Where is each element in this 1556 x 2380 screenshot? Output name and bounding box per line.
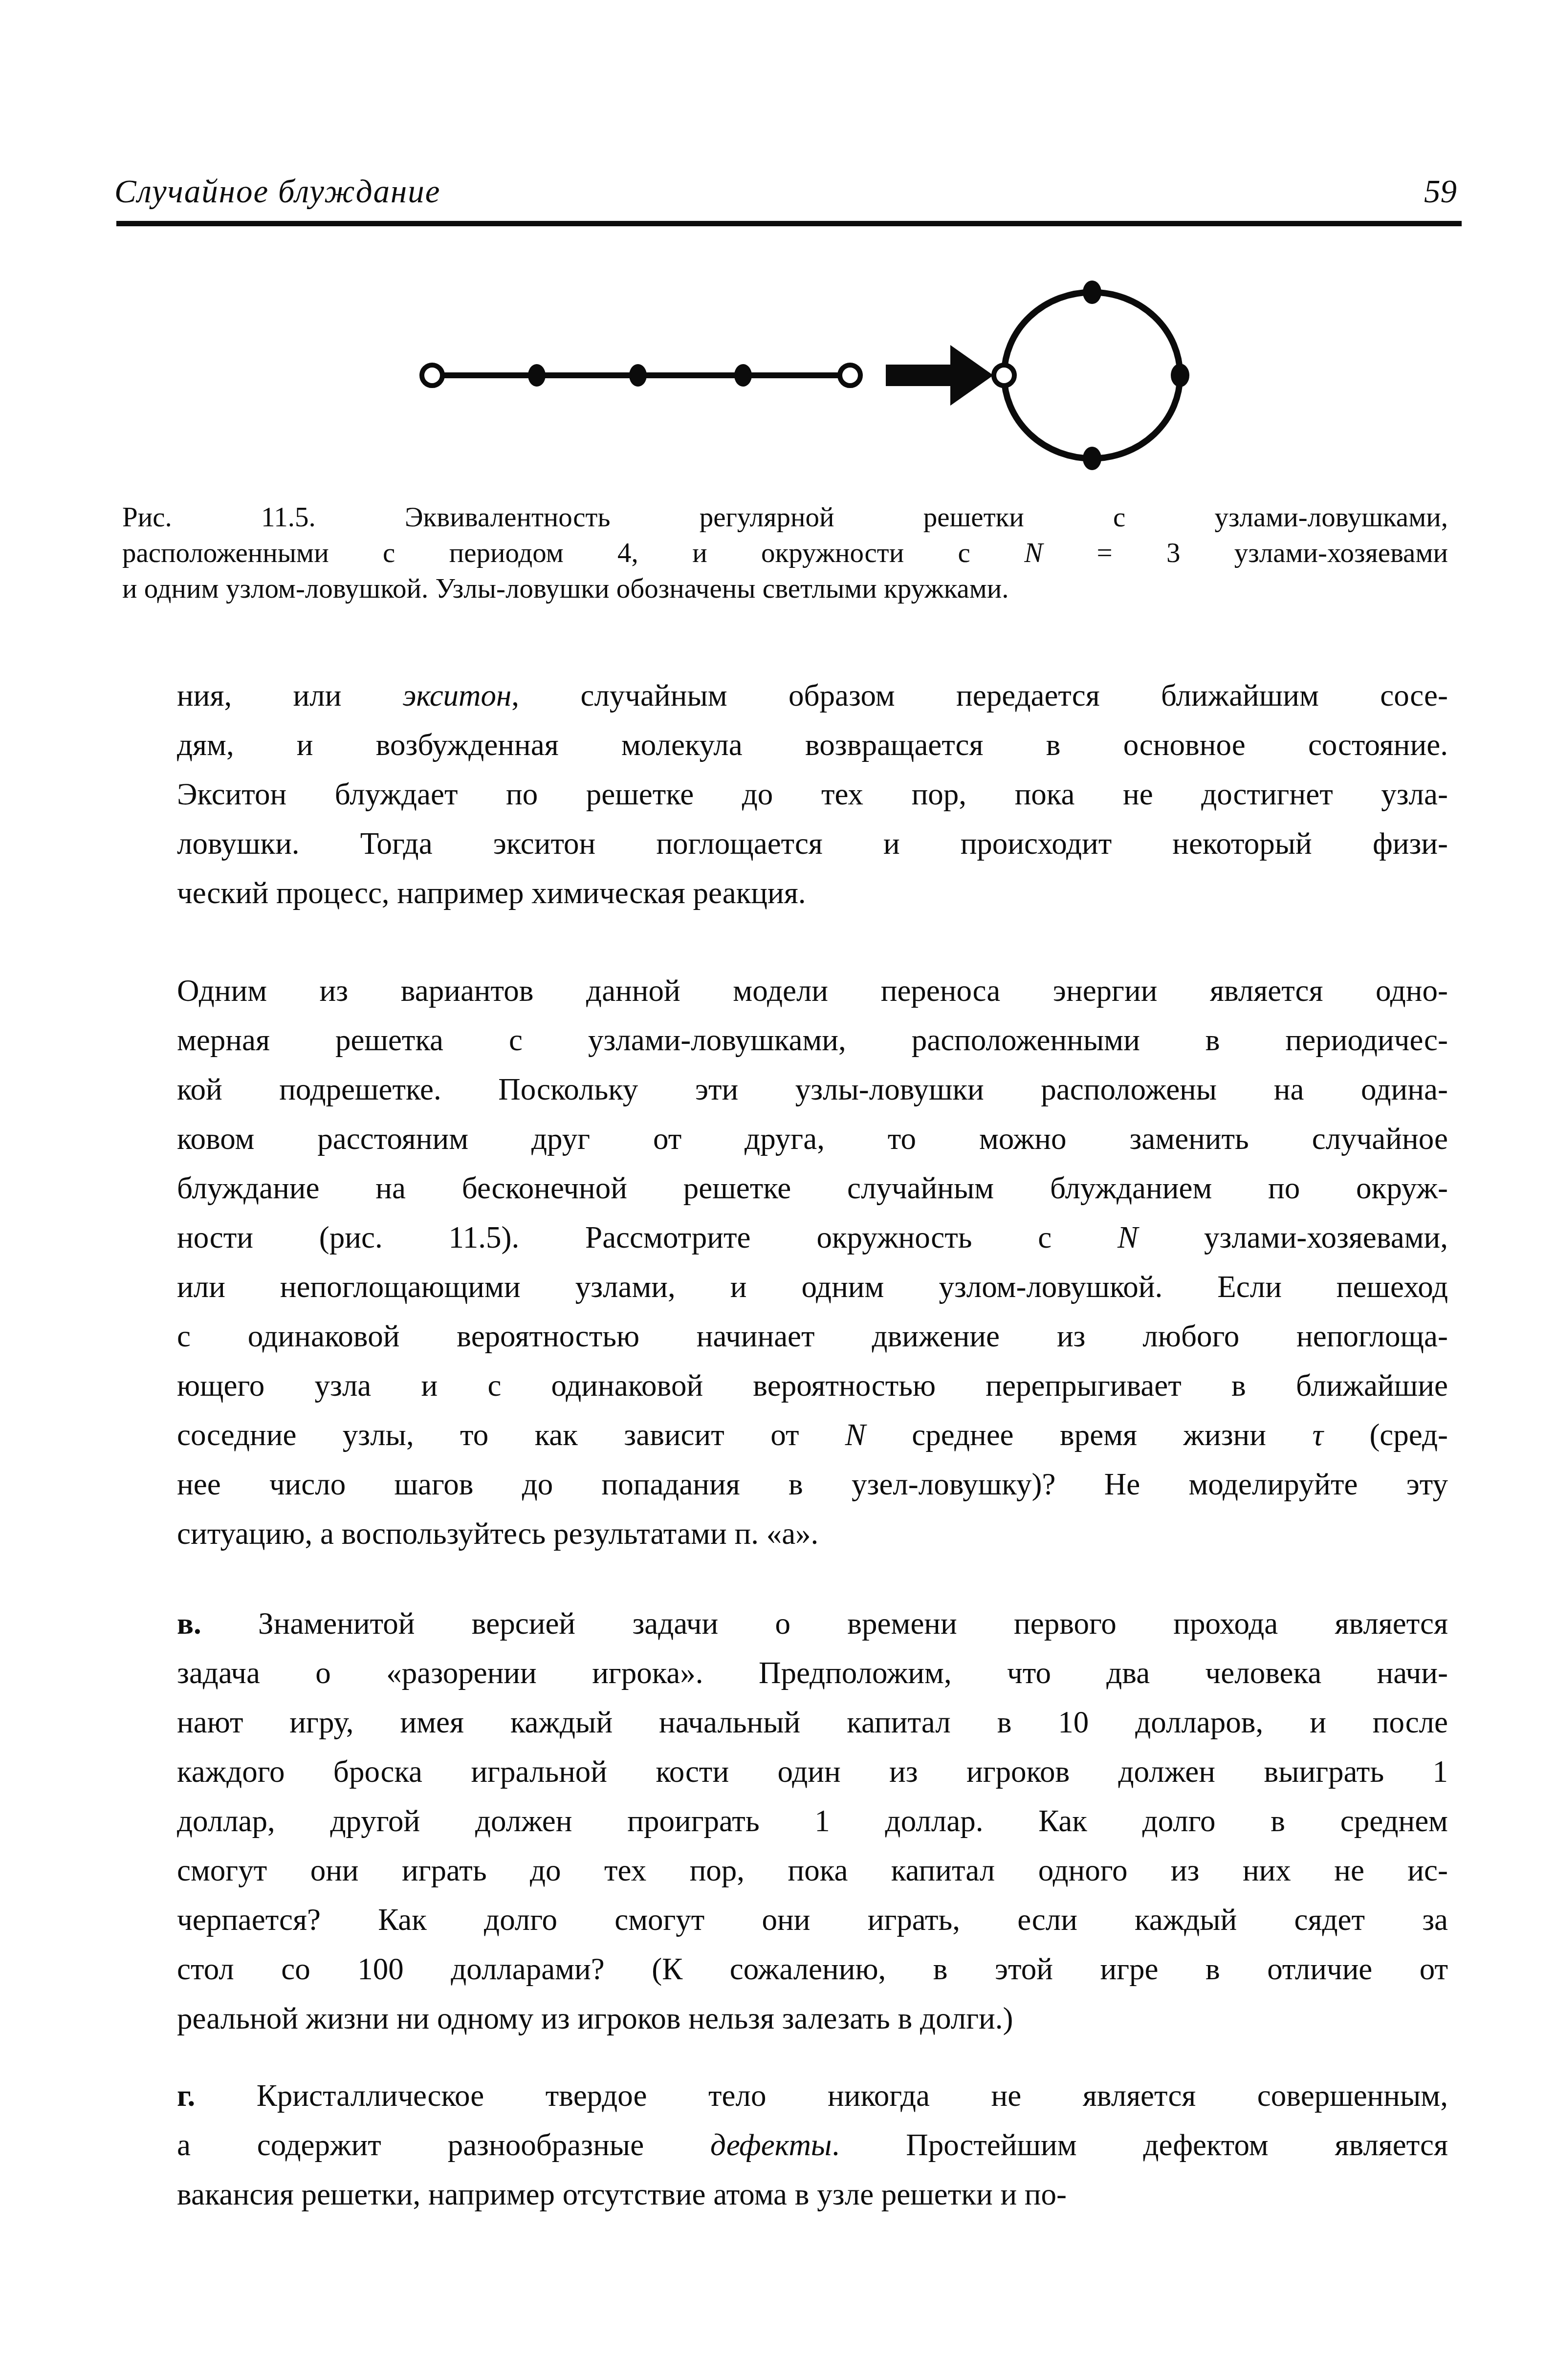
paragraph-trap-lattice: Одним из вариантов данной модели перенос… [177, 966, 1448, 1558]
page-title: Случайное блуждание [114, 172, 441, 211]
text-run: вакансия решетки, например отсутствие ат… [177, 2177, 1067, 2211]
host-node-icon [528, 364, 546, 387]
text-run: ности (рис. 11.5). Рассмотрите окружност… [177, 1220, 1118, 1255]
text-line: соседние узлы, то как зависит от N средн… [177, 1410, 1448, 1460]
text-line: кой подрешетке. Поскольку эти узлы-ловуш… [177, 1065, 1448, 1114]
text-run: доллар, другой должен проиграть 1 доллар… [177, 1804, 1448, 1838]
text-line: дям, и возбужденная молекула возвращаетс… [177, 720, 1448, 770]
text-line: ковом расстояним друг от друга, то можно… [177, 1114, 1448, 1164]
header-rule [116, 221, 1462, 226]
text-run: Экситон блуждает по решетке до тех пор, … [177, 777, 1448, 811]
text-run: кой подрешетке. Поскольку эти узлы-ловуш… [177, 1072, 1448, 1106]
text-line: ющего узла и с одинаковой вероятностью п… [177, 1361, 1448, 1410]
text-run: дям, и возбужденная молекула возвращаетс… [177, 728, 1448, 762]
text-run: блуждание на бесконечной решетке случайн… [177, 1171, 1448, 1205]
text-run: . Простейшим дефектом является [832, 2128, 1448, 2162]
text-line: ческий процесс, например химическая реак… [177, 868, 1448, 918]
text-line: с одинаковой вероятностью начинает движе… [177, 1312, 1448, 1361]
text-run: расположенными с периодом 4, и окружност… [122, 538, 1024, 568]
text-line: или непоглощающими узлами, и одним узлом… [177, 1262, 1448, 1312]
emphasized-text: N [1024, 538, 1043, 568]
text-run: ния, или [177, 678, 403, 713]
text-run: Кристаллическое твердое тело никогда не … [195, 2078, 1448, 2113]
page-number: 59 [1359, 172, 1457, 211]
text-run: а содержит разнообразные [177, 2128, 710, 2162]
text-run: ситуацию, а воспользуйтесь результатами … [177, 1516, 818, 1551]
paragraph-gamblers-ruin: в. Знаменитой версией задачи о времени п… [177, 1599, 1448, 2043]
text-line: а содержит разнообразные дефекты. Просте… [177, 2120, 1448, 2170]
text-run: нают игру, имея каждый начальный капитал… [177, 1705, 1448, 1739]
text-line: Экситон блуждает по решетке до тех пор, … [177, 770, 1448, 819]
emphasized-text: дефекты [710, 2128, 832, 2162]
text-line: доллар, другой должен проиграть 1 доллар… [177, 1796, 1448, 1846]
text-line: вакансия решетки, например отсутствие ат… [177, 2170, 1448, 2219]
text-run: стол со 100 долларами? (К сожалению, в э… [177, 1952, 1448, 1986]
text-line: ловушки. Тогда экситон поглощается и про… [177, 819, 1448, 868]
text-run: смогут они играть до тех пор, пока капит… [177, 1853, 1448, 1887]
text-line: и одним узлом-ловушкой. Узлы-ловушки обо… [122, 571, 1448, 606]
text-line: расположенными с периодом 4, и окружност… [122, 535, 1448, 571]
host-node-icon [1083, 447, 1101, 470]
host-node-icon [1083, 281, 1101, 304]
text-run: , случайным образом передается ближайшим… [511, 678, 1448, 713]
text-run: нее число шагов до попадания в узел-лову… [177, 1467, 1448, 1501]
text-line: реальной жизни ни одному из игроков нель… [177, 1994, 1448, 2043]
text-run: ческий процесс, например химическая реак… [177, 876, 806, 910]
text-run: Одним из вариантов данной модели перенос… [177, 974, 1448, 1008]
arrow-shaft [886, 365, 952, 386]
text-line: Одним из вариантов данной модели перенос… [177, 966, 1448, 1016]
host-node-icon [1171, 364, 1189, 387]
text-line: нее число шагов до попадания в узел-лову… [177, 1460, 1448, 1509]
emphasized-text: N [845, 1418, 866, 1452]
emphasized-text: τ [1312, 1418, 1323, 1452]
figure-caption: Рис. 11.5. Эквивалентность регулярной ре… [122, 499, 1448, 606]
text-line: черпается? Как долго смогут они играть, … [177, 1895, 1448, 1945]
paragraph-exciton: ния, или экситон, случайным образом пере… [177, 671, 1448, 918]
text-line: смогут они играть до тех пор, пока капит… [177, 1846, 1448, 1895]
text-run: мерная решетка с узлами-ловушками, распо… [177, 1023, 1448, 1057]
trap-node-icon [422, 365, 442, 386]
trap-node-icon [840, 365, 860, 386]
text-run: с одинаковой вероятностью начинает движе… [177, 1319, 1448, 1353]
emphasized-text: экситон [403, 678, 512, 713]
text-run: ловушки. Тогда экситон поглощается и про… [177, 826, 1448, 861]
text-line: ности (рис. 11.5). Рассмотрите окружност… [177, 1213, 1448, 1262]
text-line: г. Кристаллическое твердое тело никогда … [177, 2071, 1448, 2120]
text-run: Знаменитой версией задачи о времени перв… [201, 1606, 1448, 1641]
host-node-icon [734, 364, 752, 387]
document-page: Случайное блуждание 59 Рис. 11.5. Эквива… [0, 0, 1556, 2380]
text-run: реальной жизни ни одному из игроков нель… [177, 2001, 1013, 2035]
arrow-head [950, 345, 993, 406]
text-run: ющего узла и с одинаковой вероятностью п… [177, 1368, 1448, 1403]
right-arrow-icon [886, 345, 993, 406]
circle-lattice [1004, 292, 1180, 458]
list-marker: в. [177, 1606, 201, 1641]
emphasized-text: N [1118, 1220, 1138, 1255]
paragraph-crystal-defects: г. Кристаллическое твердое тело никогда … [177, 2071, 1448, 2219]
text-line: Рис. 11.5. Эквивалентность регулярной ре… [122, 499, 1448, 535]
text-line: нают игру, имея каждый начальный капитал… [177, 1698, 1448, 1747]
text-run: Рис. 11.5. Эквивалентность регулярной ре… [122, 502, 1448, 533]
text-line: стол со 100 долларами? (К сожалению, в э… [177, 1945, 1448, 1994]
text-run: среднее время жизни [866, 1418, 1313, 1452]
text-run: каждого броска игральной кости один из и… [177, 1754, 1448, 1789]
text-run: черпается? Как долго смогут они играть, … [177, 1903, 1448, 1937]
text-line: задача о «разорении игрока». Предположим… [177, 1648, 1448, 1698]
figure-lattice-equivalence [406, 264, 1217, 498]
text-run: ковом расстояним друг от друга, то можно… [177, 1122, 1448, 1156]
text-run: узлами-хозяевами, [1138, 1220, 1448, 1255]
text-line: блуждание на бесконечной решетке случайн… [177, 1164, 1448, 1213]
text-run: = 3 узлами-хозяевами [1043, 538, 1448, 568]
trap-node-icon [994, 365, 1014, 386]
list-marker: г. [177, 2078, 195, 2113]
text-run: задача о «разорении игрока». Предположим… [177, 1656, 1448, 1690]
text-line: ния, или экситон, случайным образом пере… [177, 671, 1448, 720]
text-run: и одним узлом-ловушкой. Узлы-ловушки обо… [122, 573, 1009, 604]
text-line: каждого броска игральной кости один из и… [177, 1747, 1448, 1796]
host-node-icon [629, 364, 647, 387]
text-run: или непоглощающими узлами, и одним узлом… [177, 1270, 1448, 1304]
text-line: в. Знаменитой версией задачи о времени п… [177, 1599, 1448, 1648]
text-line: мерная решетка с узлами-ловушками, распо… [177, 1016, 1448, 1065]
text-run: (сред- [1323, 1418, 1448, 1452]
text-line: ситуацию, а воспользуйтесь результатами … [177, 1509, 1448, 1558]
text-run: соседние узлы, то как зависит от [177, 1418, 845, 1452]
